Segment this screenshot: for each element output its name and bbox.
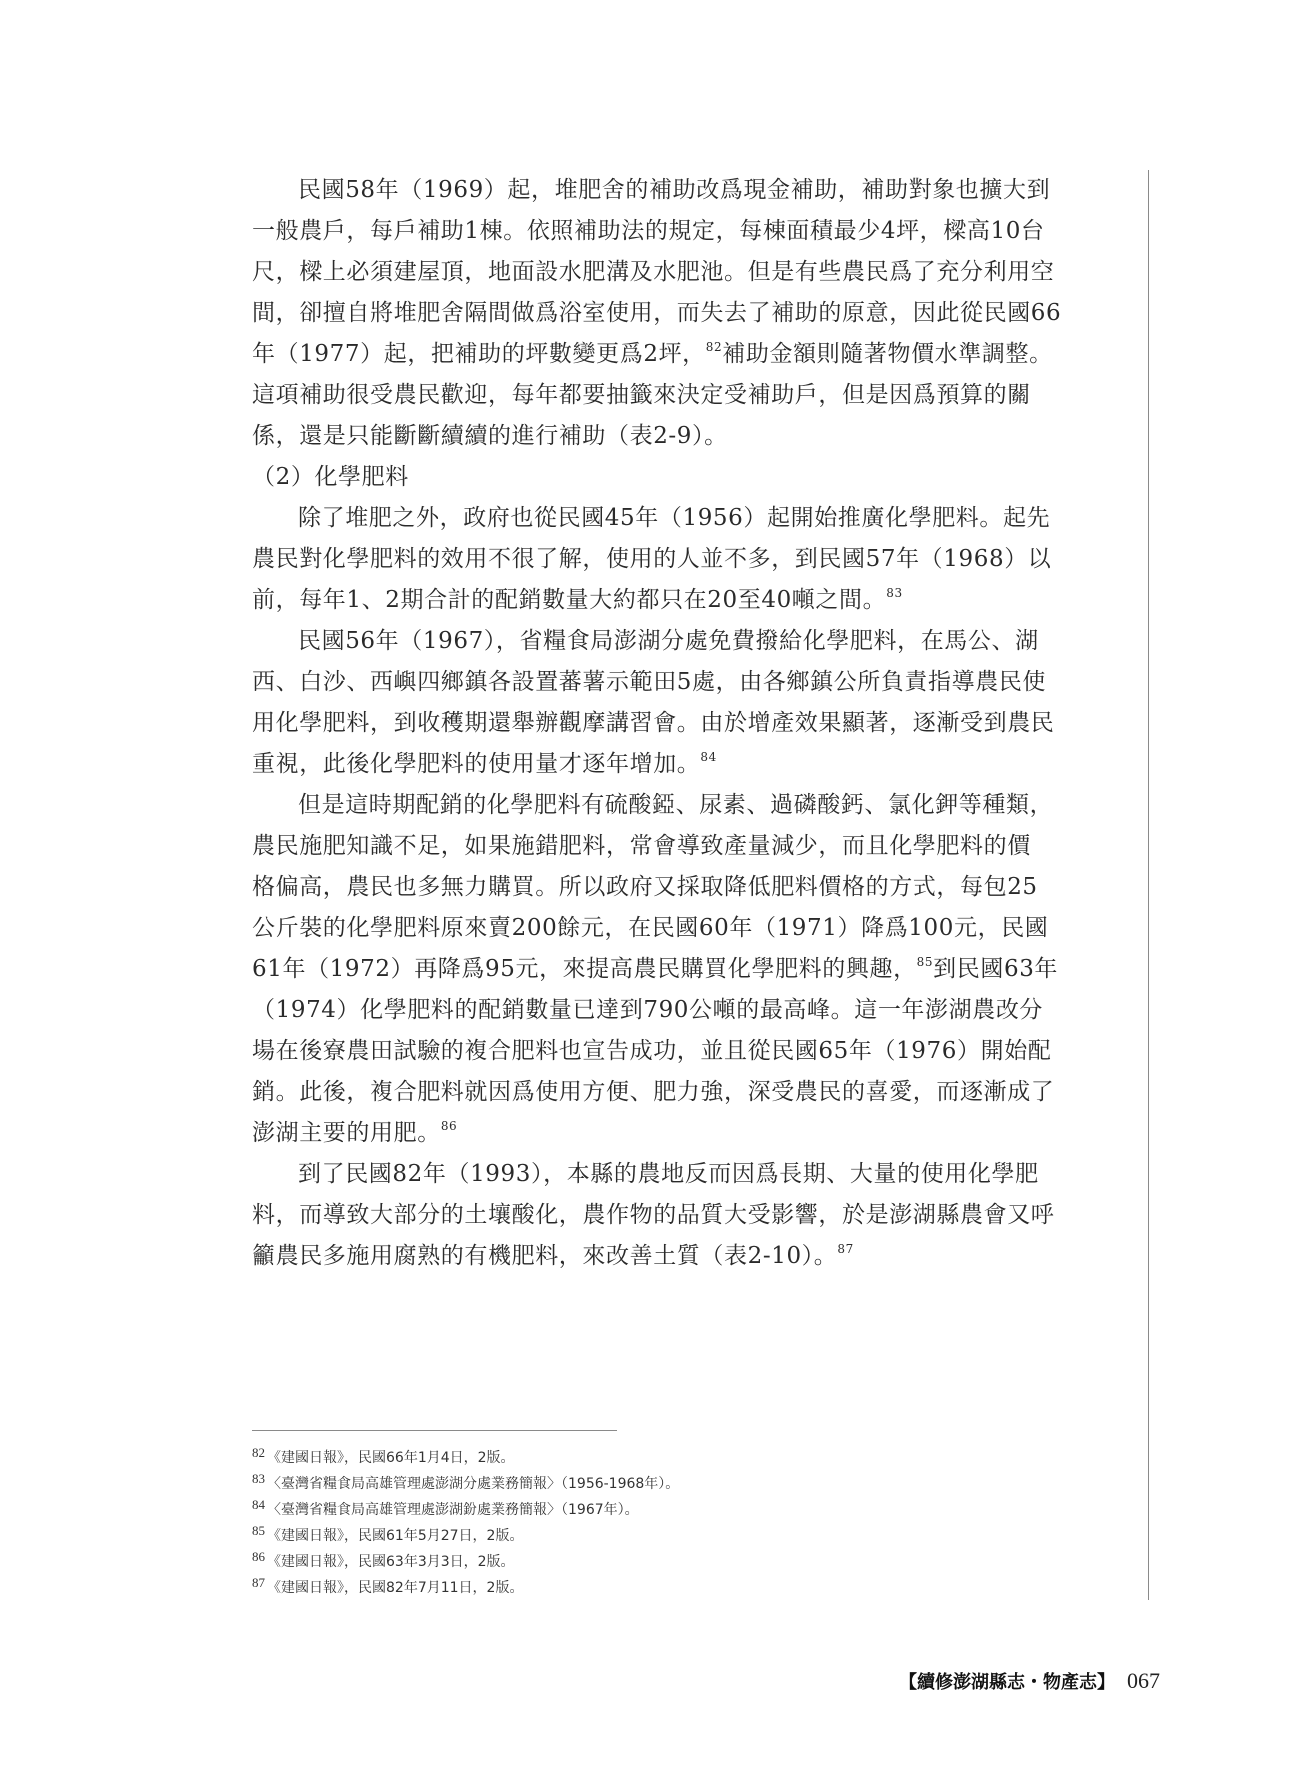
text-run: 籲農民多施用腐熟的有機肥料，來改善土質（表2-10）。: [252, 1243, 837, 1269]
footnote-number: 86: [252, 1549, 265, 1564]
paragraph-line: 農民對化學肥料的效用不很了解，使用的人並不多，到民國57年（1968）以: [252, 539, 1132, 580]
footnote-item: 85《建國日報》，民國61年5月27日，2版。: [252, 1518, 952, 1544]
paragraph-line: 料，而導致大部分的土壤酸化，農作物的品質大受影響，於是澎湖縣農會又呼: [252, 1195, 1132, 1236]
footnote-text: 《建國日報》，民國61年5月27日，2版。: [267, 1528, 523, 1544]
footnote-ref[interactable]: 82: [706, 340, 722, 354]
footnote-ref[interactable]: 84: [700, 750, 716, 764]
footnote-text: 《建國日報》，民國63年3月3日，2版。: [267, 1554, 515, 1570]
paragraph-line: 到了民國82年（1993），本縣的農地反而因爲長期、大量的使用化學肥: [252, 1154, 1132, 1195]
paragraph-line: 除了堆肥之外，政府也從民國45年（1956）起開始推廣化學肥料。起先: [252, 498, 1132, 539]
paragraph-line: 澎湖主要的用肥。86: [252, 1113, 1132, 1154]
footnote-number: 85: [252, 1523, 265, 1538]
footnote-text: 〈臺灣省糧食局高雄管理處澎湖鈖處業務簡報〉（1967年）。: [267, 1502, 639, 1518]
book-page: 民國58年（1969）起，堆肥舍的補助改爲現金補助，補助對象也擴大到 一般農戶，…: [0, 0, 1300, 1779]
footnote-ref[interactable]: 86: [441, 1119, 457, 1133]
footnote-number: 84: [252, 1497, 265, 1512]
paragraph-line: 農民施肥知識不足，如果施錯肥料，常會導致產量減少，而且化學肥料的價: [252, 826, 1132, 867]
paragraph-line: 年（1977）起，把補助的坪數變更爲2坪，82補助金額則隨著物價水準調整。: [252, 334, 1132, 375]
footnote-text: 《建國日報》，民國66年1月4日，2版。: [267, 1450, 515, 1466]
footnote-number: 82: [252, 1445, 265, 1460]
text-run: 前，每年1、2期合計的配銷數量大約都只在20至40噸之間。: [252, 587, 886, 613]
footnote-ref[interactable]: 83: [886, 586, 902, 600]
footnote-divider: [252, 1430, 617, 1431]
paragraph-line: 場在後寮農田試驗的複合肥料也宣告成功，並且從民國65年（1976）開始配: [252, 1031, 1132, 1072]
page-number: 067: [1127, 1668, 1160, 1693]
series-title: 【續修澎湖縣志・物產志】: [899, 1672, 1115, 1693]
text-run: 重視，此後化學肥料的使用量才逐年增加。: [252, 751, 700, 777]
footnotes: 82《建國日報》，民國66年1月4日，2版。 83〈臺灣省糧食局高雄管理處澎湖分…: [252, 1440, 952, 1596]
footnote-item: 87《建國日報》，民國82年7月11日，2版。: [252, 1570, 952, 1596]
paragraph-line: 61年（1972）再降爲95元，來提高農民購買化學肥料的興趣，85到民國63年: [252, 949, 1132, 990]
paragraph-line: （1974）化學肥料的配銷數量已達到790公噸的最高峰。這一年澎湖農改分: [252, 990, 1132, 1031]
paragraph-line: 前，每年1、2期合計的配銷數量大約都只在20至40噸之間。83: [252, 580, 1132, 621]
footnote-text: 《建國日報》，民國82年7月11日，2版。: [267, 1580, 523, 1596]
text-run: 澎湖主要的用肥。: [252, 1120, 441, 1146]
paragraph-line: 銷。此後，複合肥料就因爲使用方便、肥力強，深受農民的喜愛，而逐漸成了: [252, 1072, 1132, 1113]
footnote-number: 87: [252, 1575, 265, 1590]
section-heading: （2）化學肥料: [252, 457, 1132, 498]
page-footer: 【續修澎湖縣志・物產志】067: [880, 1668, 1160, 1694]
paragraph-line: 間，卻擅自將堆肥舍隔間做爲浴室使用，而失去了補助的原意，因此從民國66: [252, 293, 1132, 334]
body-text: 民國58年（1969）起，堆肥舍的補助改爲現金補助，補助對象也擴大到 一般農戶，…: [252, 170, 1132, 1277]
footnote-ref[interactable]: 85: [917, 955, 933, 969]
paragraph-line: 這項補助很受農民歡迎，每年都要抽籤來決定受補助戶，但是因爲預算的關: [252, 375, 1132, 416]
paragraph-line: 係，還是只能斷斷續續的進行補助（表2-9）。: [252, 416, 1132, 457]
footnote-ref[interactable]: 87: [837, 1242, 853, 1256]
paragraph-line: 重視，此後化學肥料的使用量才逐年增加。84: [252, 744, 1132, 785]
paragraph-line: 公斤裝的化學肥料原來賣200餘元，在民國60年（1971）降爲100元，民國: [252, 908, 1132, 949]
paragraph-line: 用化學肥料，到收穫期還舉辦觀摩講習會。由於增產效果顯著，逐漸受到農民: [252, 703, 1132, 744]
paragraph-line: 一般農戶，每戶補助1棟。依照補助法的規定，每棟面積最少4坪，樑高10台: [252, 211, 1132, 252]
paragraph-line: 民國56年（1967），省糧食局澎湖分處免費撥給化學肥料，在馬公、湖: [252, 621, 1132, 662]
paragraph-line: 格偏高，農民也多無力購買。所以政府又採取降低肥料價格的方式，每包25: [252, 867, 1132, 908]
footnote-item: 83〈臺灣省糧食局高雄管理處澎湖分處業務簡報〉（1956-1968年）。: [252, 1466, 952, 1492]
paragraph-line: 民國58年（1969）起，堆肥舍的補助改爲現金補助，補助對象也擴大到: [252, 170, 1132, 211]
margin-rule: [1148, 170, 1149, 1600]
text-run: 補助金額則隨著物價水準調整。: [722, 341, 1052, 367]
text-run: 年（1977）起，把補助的坪數變更爲2坪，: [252, 341, 706, 367]
footnote-text: 〈臺灣省糧食局高雄管理處澎湖分處業務簡報〉（1956-1968年）。: [267, 1476, 679, 1492]
paragraph-line: 但是這時期配銷的化學肥料有硫酸錏、尿素、過磷酸鈣、氯化鉀等種類，: [252, 785, 1132, 826]
footnote-item: 82《建國日報》，民國66年1月4日，2版。: [252, 1440, 952, 1466]
paragraph-line: 西、白沙、西嶼四鄉鎮各設置蕃薯示範田5處，由各鄉鎮公所負責指導農民使: [252, 662, 1132, 703]
footnote-item: 86《建國日報》，民國63年3月3日，2版。: [252, 1544, 952, 1570]
footnote-item: 84〈臺灣省糧食局高雄管理處澎湖鈖處業務簡報〉（1967年）。: [252, 1492, 952, 1518]
footnote-number: 83: [252, 1471, 265, 1486]
text-run: 到民國63年: [933, 956, 1058, 982]
text-run: 61年（1972）再降爲95元，來提高農民購買化學肥料的興趣，: [252, 956, 917, 982]
paragraph-line: 尺，樑上必須建屋頂，地面設水肥溝及水肥池。但是有些農民爲了充分利用空: [252, 252, 1132, 293]
paragraph-line: 籲農民多施用腐熟的有機肥料，來改善土質（表2-10）。87: [252, 1236, 1132, 1277]
